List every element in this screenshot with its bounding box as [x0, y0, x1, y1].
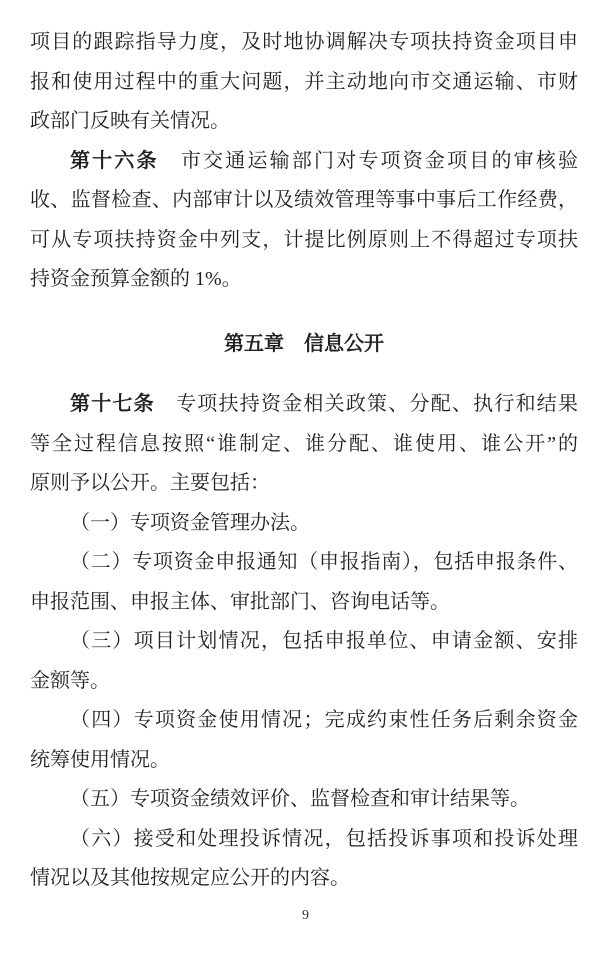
text-line: 项目的跟踪指导力度，及时地协调解决专项扶持资金项目申	[30, 23, 578, 63]
text-line: 金额等。	[30, 662, 578, 702]
text-line: 政部门反映有关情况。	[30, 102, 578, 142]
text-line: 申报范围、申报主体、审批部门、咨询电话等。	[30, 583, 578, 623]
text-line: 可从专项扶持资金中列支，计提比例原则上不得超过专项扶	[30, 221, 578, 261]
text-line: 第五章 信息公开	[30, 325, 578, 365]
list-item-1: （一）专项资金管理办法。	[30, 504, 578, 544]
page-number: 9	[0, 907, 611, 925]
text-line: 第十六条 市交通运输部门对专项资金项目的审核验	[30, 142, 578, 182]
text-line: （六）接受和处理投诉情况，包括投诉事项和投诉处理	[30, 820, 578, 860]
text-line: （二）专项资金申报通知（申报指南），包括申报条件、	[30, 543, 578, 583]
text-line: （五）专项资金绩效评价、监督检查和审计结果等。	[30, 780, 578, 820]
list-item-5: （五）专项资金绩效评价、监督检查和审计结果等。	[30, 780, 578, 820]
chapter-5-heading: 第五章 信息公开	[30, 325, 578, 365]
text-line: 等全过程信息按照“谁制定、谁分配、谁使用、谁公开”的	[30, 425, 578, 465]
para-article-16: 第十六条 市交通运输部门对专项资金项目的审核验收、监督检查、内部审计以及绩效管理…	[30, 142, 578, 300]
text-line: 收、监督检查、内部审计以及绩效管理等事中事后工作经费，	[30, 181, 578, 221]
list-item-3: （三）项目计划情况，包括申报单位、申请金额、安排金额等。	[30, 622, 578, 701]
article-number-label: 第十七条	[70, 393, 155, 415]
article-number-label: 第十六条	[70, 150, 159, 172]
text-line: 统筹使用情况。	[30, 741, 578, 781]
document-body: 项目的跟踪指导力度，及时地协调解决专项扶持资金项目申报和使用过程中的重大问题，并…	[30, 0, 578, 899]
text-line: 第十七条 专项扶持资金相关政策、分配、执行和结果	[30, 385, 578, 425]
text-line: 持资金预算金额的 1%。	[30, 260, 578, 300]
text-line: 报和使用过程中的重大问题，并主动地向市交通运输、市财	[30, 63, 578, 103]
para-article-17: 第十七条 专项扶持资金相关政策、分配、执行和结果等全过程信息按照“谁制定、谁分配…	[30, 385, 578, 504]
text-line: （三）项目计划情况，包括申报单位、申请金额、安排	[30, 622, 578, 662]
document-page: 项目的跟踪指导力度，及时地协调解决专项扶持资金项目申报和使用过程中的重大问题，并…	[0, 0, 611, 959]
list-item-2: （二）专项资金申报通知（申报指南），包括申报条件、申报范围、申报主体、审批部门、…	[30, 543, 578, 622]
list-item-6: （六）接受和处理投诉情况，包括投诉事项和投诉处理情况以及其他按规定应公开的内容。	[30, 820, 578, 899]
list-item-4: （四）专项资金使用情况；完成约束性任务后剩余资金统筹使用情况。	[30, 701, 578, 780]
para-continuation: 项目的跟踪指导力度，及时地协调解决专项扶持资金项目申报和使用过程中的重大问题，并…	[30, 23, 578, 142]
text-line: （四）专项资金使用情况；完成约束性任务后剩余资金	[30, 701, 578, 741]
text-line: 情况以及其他按规定应公开的内容。	[30, 859, 578, 899]
text-line: 原则予以公开。主要包括：	[30, 464, 578, 504]
text-line: （一）专项资金管理办法。	[30, 504, 578, 544]
